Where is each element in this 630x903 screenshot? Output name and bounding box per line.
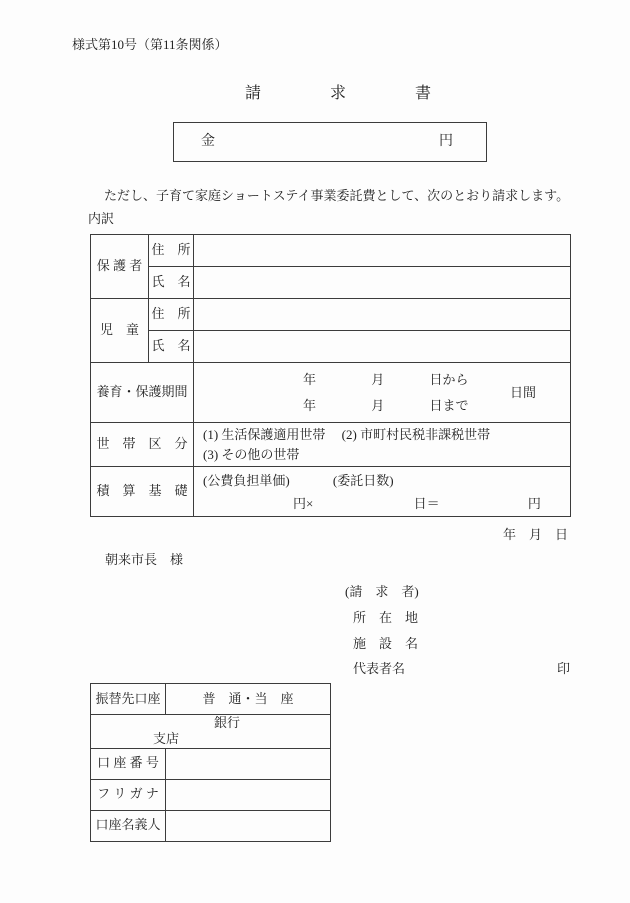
guardian-name-value bbox=[194, 267, 571, 299]
household-category-label: 世 帯 区 分 bbox=[91, 423, 194, 467]
form-number: 様式第10号（第11条関係） bbox=[72, 37, 228, 53]
table-row: 世 帯 区 分 (1) 生活保護適用世帯 (2) 市町村民税非課税世帯 (3) … bbox=[91, 423, 571, 467]
calc-basis-heading-line: (公費負担単価) (委託日数) bbox=[194, 469, 570, 492]
child-address-value bbox=[194, 299, 571, 331]
care-period-from-month-label: 月 bbox=[371, 367, 384, 393]
bank-branch-cell: 銀行 支店 bbox=[91, 715, 331, 749]
calc-basis-label: 積 算 基 礎 bbox=[91, 467, 194, 517]
household-category-cell: (1) 生活保護適用世帯 (2) 市町村民税非課税世帯 (3) その他の世帯 bbox=[194, 423, 571, 467]
transfer-account-label: 振替先口座 bbox=[91, 684, 166, 715]
table-row: 児 童 住 所 bbox=[91, 299, 571, 331]
care-period-days-label: 日間 bbox=[510, 384, 536, 400]
care-period-from-day-label: 日から bbox=[430, 367, 469, 393]
guardian-address-label: 住 所 bbox=[149, 235, 194, 267]
child-label: 児 童 bbox=[91, 299, 149, 363]
table-row: 振替先口座 普 通・当 座 bbox=[91, 684, 331, 715]
requester-address-label: 所 在 地 bbox=[353, 610, 418, 626]
proviso-text: ただし、子育て家庭ショートステイ事業委託費として、次のとおり請求します。 bbox=[104, 188, 569, 204]
bank-label: 銀行 bbox=[214, 715, 240, 731]
table-row: 養育・保護期間 年 月 日から 年 月 日まで 日間 bbox=[91, 363, 571, 423]
household-option-line-1: (1) 生活保護適用世帯 (2) 市町村民税非課税世帯 bbox=[194, 425, 570, 445]
care-period-to-day-label: 日まで bbox=[430, 393, 469, 419]
entrusted-days-label: (委託日数) bbox=[333, 469, 394, 492]
care-period-cell: 年 月 日から 年 月 日まで 日間 bbox=[194, 363, 571, 423]
child-address-label: 住 所 bbox=[149, 299, 194, 331]
table-row: 銀行 支店 bbox=[91, 715, 331, 749]
public-cost-unit-label: (公費負担単価) bbox=[203, 469, 290, 492]
account-type-label: 普 通・当 座 bbox=[166, 684, 331, 715]
table-row: 保 護 者 住 所 bbox=[91, 235, 571, 267]
yen-times-label: 円× bbox=[293, 492, 313, 515]
table-row: 口座名義人 bbox=[91, 810, 331, 841]
care-period-from-year-label: 年 bbox=[303, 367, 316, 393]
care-period-label: 養育・保護期間 bbox=[91, 363, 194, 423]
requester-facility-label: 施 設 名 bbox=[353, 636, 418, 652]
requester-representative-label: 代表者名 bbox=[353, 661, 405, 677]
breakdown-label: 内訳 bbox=[88, 211, 114, 227]
requester-header: (請 求 者) bbox=[345, 584, 419, 600]
day-equals-label: 日＝ bbox=[414, 492, 440, 515]
yen-label: 円 bbox=[528, 492, 541, 515]
account-holder-value bbox=[166, 810, 331, 841]
amount-unit-label: 円 bbox=[439, 133, 453, 151]
child-name-label: 氏 名 bbox=[149, 331, 194, 363]
furigana-value bbox=[166, 779, 331, 810]
seal-label: 印 bbox=[557, 661, 570, 677]
table-row: フ リ ガ ナ bbox=[91, 779, 331, 810]
guardian-address-value bbox=[194, 235, 571, 267]
amount-prefix-label: 金 bbox=[201, 133, 215, 151]
amount-box: 金 円 bbox=[173, 122, 487, 162]
table-row: 氏 名 bbox=[91, 267, 571, 299]
table-row: 氏 名 bbox=[91, 331, 571, 363]
account-holder-label: 口座名義人 bbox=[91, 810, 166, 841]
care-period-to-year-label: 年 bbox=[303, 393, 316, 419]
date-line: 年 月 日 bbox=[503, 527, 568, 543]
guardian-label: 保 護 者 bbox=[91, 235, 149, 299]
calc-basis-formula-line: 円× 日＝ 円 bbox=[194, 492, 570, 515]
table-row: 積 算 基 礎 (公費負担単価) (委託日数) 円× 日＝ 円 bbox=[91, 467, 571, 517]
furigana-label: フ リ ガ ナ bbox=[91, 779, 166, 810]
care-period-to-month-label: 月 bbox=[371, 393, 384, 419]
breakdown-table: 保 護 者 住 所 氏 名 児 童 住 所 氏 名 養育・保護期間 bbox=[90, 234, 571, 517]
guardian-name-label: 氏 名 bbox=[149, 267, 194, 299]
branch-label: 支店 bbox=[153, 731, 179, 747]
account-number-value bbox=[166, 748, 331, 779]
household-option-line-2: (3) その他の世帯 bbox=[194, 445, 570, 465]
page-title: 請求書 bbox=[245, 84, 500, 104]
table-row: 口 座 番 号 bbox=[91, 748, 331, 779]
addressee: 朝来市長 様 bbox=[105, 552, 183, 568]
account-number-label: 口 座 番 号 bbox=[91, 748, 166, 779]
child-name-value bbox=[194, 331, 571, 363]
calc-basis-cell: (公費負担単価) (委託日数) 円× 日＝ 円 bbox=[194, 467, 571, 517]
transfer-account-table: 振替先口座 普 通・当 座 銀行 支店 口 座 番 号 フ リ ガ ナ 口座名義… bbox=[90, 683, 331, 842]
invoice-form-page: 様式第10号（第11条関係） 請求書 金 円 ただし、子育て家庭ショートステイ事… bbox=[0, 0, 630, 903]
